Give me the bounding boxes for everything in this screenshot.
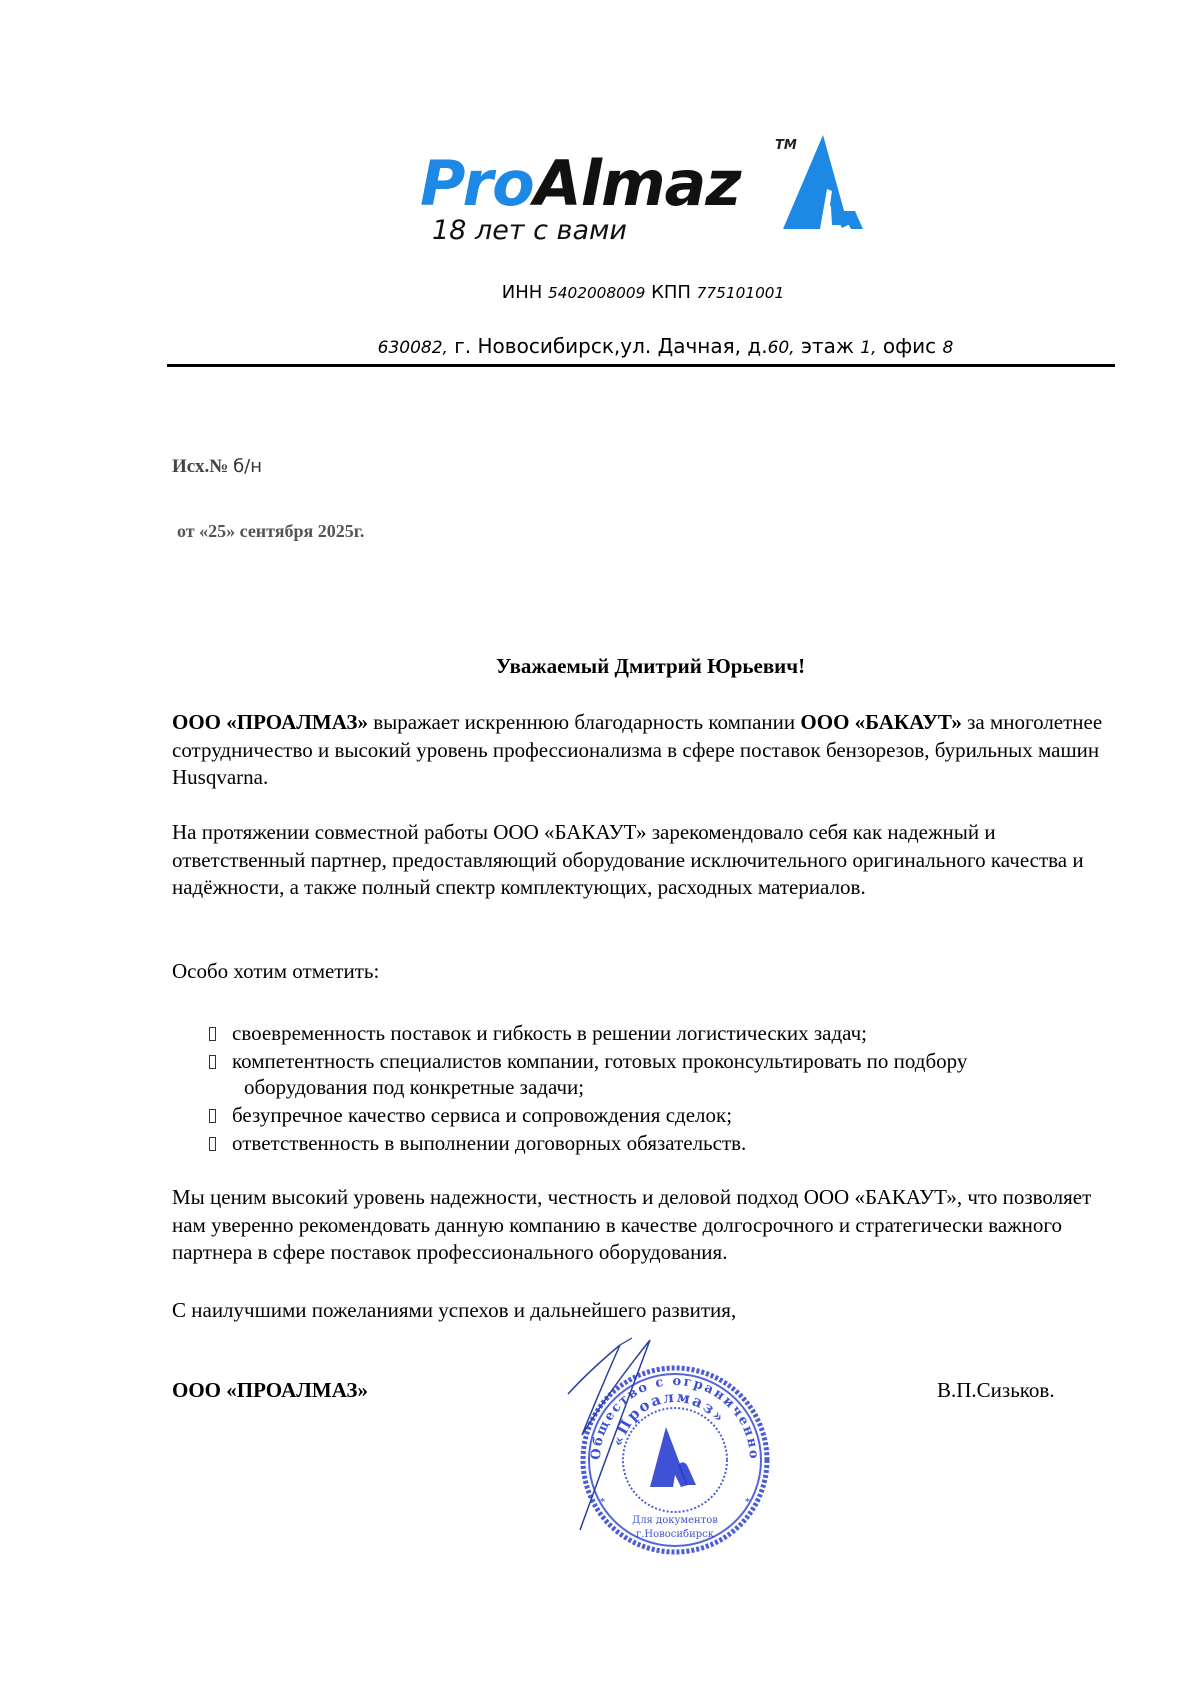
logo-tagline: 18 лет с вами (432, 217, 627, 244)
outgoing-reference: Исх.№ б/н (172, 456, 262, 478)
signature-organization: ООО «ПРОАЛМАЗ» (172, 1378, 368, 1403)
inn-label: ИНН (502, 282, 543, 303)
list-item: ответственность в выполнении договорных … (207, 1130, 1127, 1156)
address-office-label: офис (883, 334, 936, 358)
bullet-icon (209, 1027, 216, 1041)
paragraph-text: выражает искреннюю благодарность компани… (368, 710, 800, 734)
address-floor-label: этаж (801, 334, 854, 358)
paragraph-gratitude: ООО «ПРОАЛМАЗ» выражает искреннюю благод… (172, 709, 1122, 792)
address-house: 60, (768, 338, 795, 358)
paragraph-closing: С наилучшими пожеланиями успехов и дальн… (172, 1297, 1122, 1325)
bullet-icon (209, 1137, 216, 1151)
kpp-label: КПП (651, 282, 691, 303)
svg-text:*: * (745, 1497, 750, 1508)
highlights-list: своевременность поставок и гибкость в ре… (207, 1020, 1127, 1158)
list-item-text: безупречное качество сервиса и сопровожд… (232, 1103, 732, 1127)
reference-value: б/н (233, 456, 262, 477)
address-office: 8 (943, 338, 954, 358)
company-logo: ProAlmaz 18 лет с вами TM (420, 125, 860, 255)
bullet-icon (209, 1109, 216, 1123)
handwritten-signature-icon (560, 1330, 700, 1540)
bullet-icon (209, 1055, 216, 1069)
list-item-text-continued: оборудования под конкретные задачи; (232, 1074, 1127, 1100)
company-address: 630082, г. Новосибирск,ул. Дачная, д.60,… (0, 334, 1191, 358)
tax-ids: ИНН 5402008009 КПП 775101001 (0, 282, 1191, 303)
list-item-text: ответственность в выполнении договорных … (232, 1131, 746, 1155)
list-item: безупречное качество сервиса и сопровожд… (207, 1102, 1127, 1128)
address-floor: 1, (860, 338, 876, 358)
reference-label: Исх.№ (172, 456, 228, 477)
org-proalmaz: ООО «ПРОАЛМАЗ» (172, 710, 368, 734)
paragraph-highlights-intro: Особо хотим отметить: (172, 958, 1122, 986)
list-item: компетентность специалистов компании, го… (207, 1048, 1127, 1100)
header-divider (167, 364, 1115, 367)
list-item-text: своевременность поставок и гибкость в ре… (232, 1021, 867, 1045)
logo-wordmark: ProAlmaz (420, 153, 740, 215)
svg-text:TM: TM (775, 138, 797, 153)
greeting: Уважаемый Дмитрий Юрьевич! (0, 654, 1191, 679)
signatory-name: В.П.Сизьков. (937, 1378, 1055, 1403)
address-city-street: г. Новосибирск,ул. Дачная, д. (454, 334, 767, 358)
proalmaz-triangle-logo-icon: TM (775, 133, 875, 248)
paragraph-partnership: На протяжении совместной работы ООО «БАК… (172, 819, 1122, 902)
kpp-value: 775101001 (697, 284, 785, 302)
list-item: своевременность поставок и гибкость в ре… (207, 1020, 1127, 1046)
inn-value: 5402008009 (548, 284, 645, 302)
org-bakaut: ООО «БАКАУТ» (800, 710, 961, 734)
paragraph-recommendation: Мы ценим высокий уровень надежности, чес… (172, 1184, 1122, 1267)
address-postcode: 630082, (378, 338, 448, 358)
letter-date: от «25» сентября 2025г. (177, 521, 364, 542)
list-item-text: компетентность специалистов компании, го… (232, 1049, 967, 1073)
